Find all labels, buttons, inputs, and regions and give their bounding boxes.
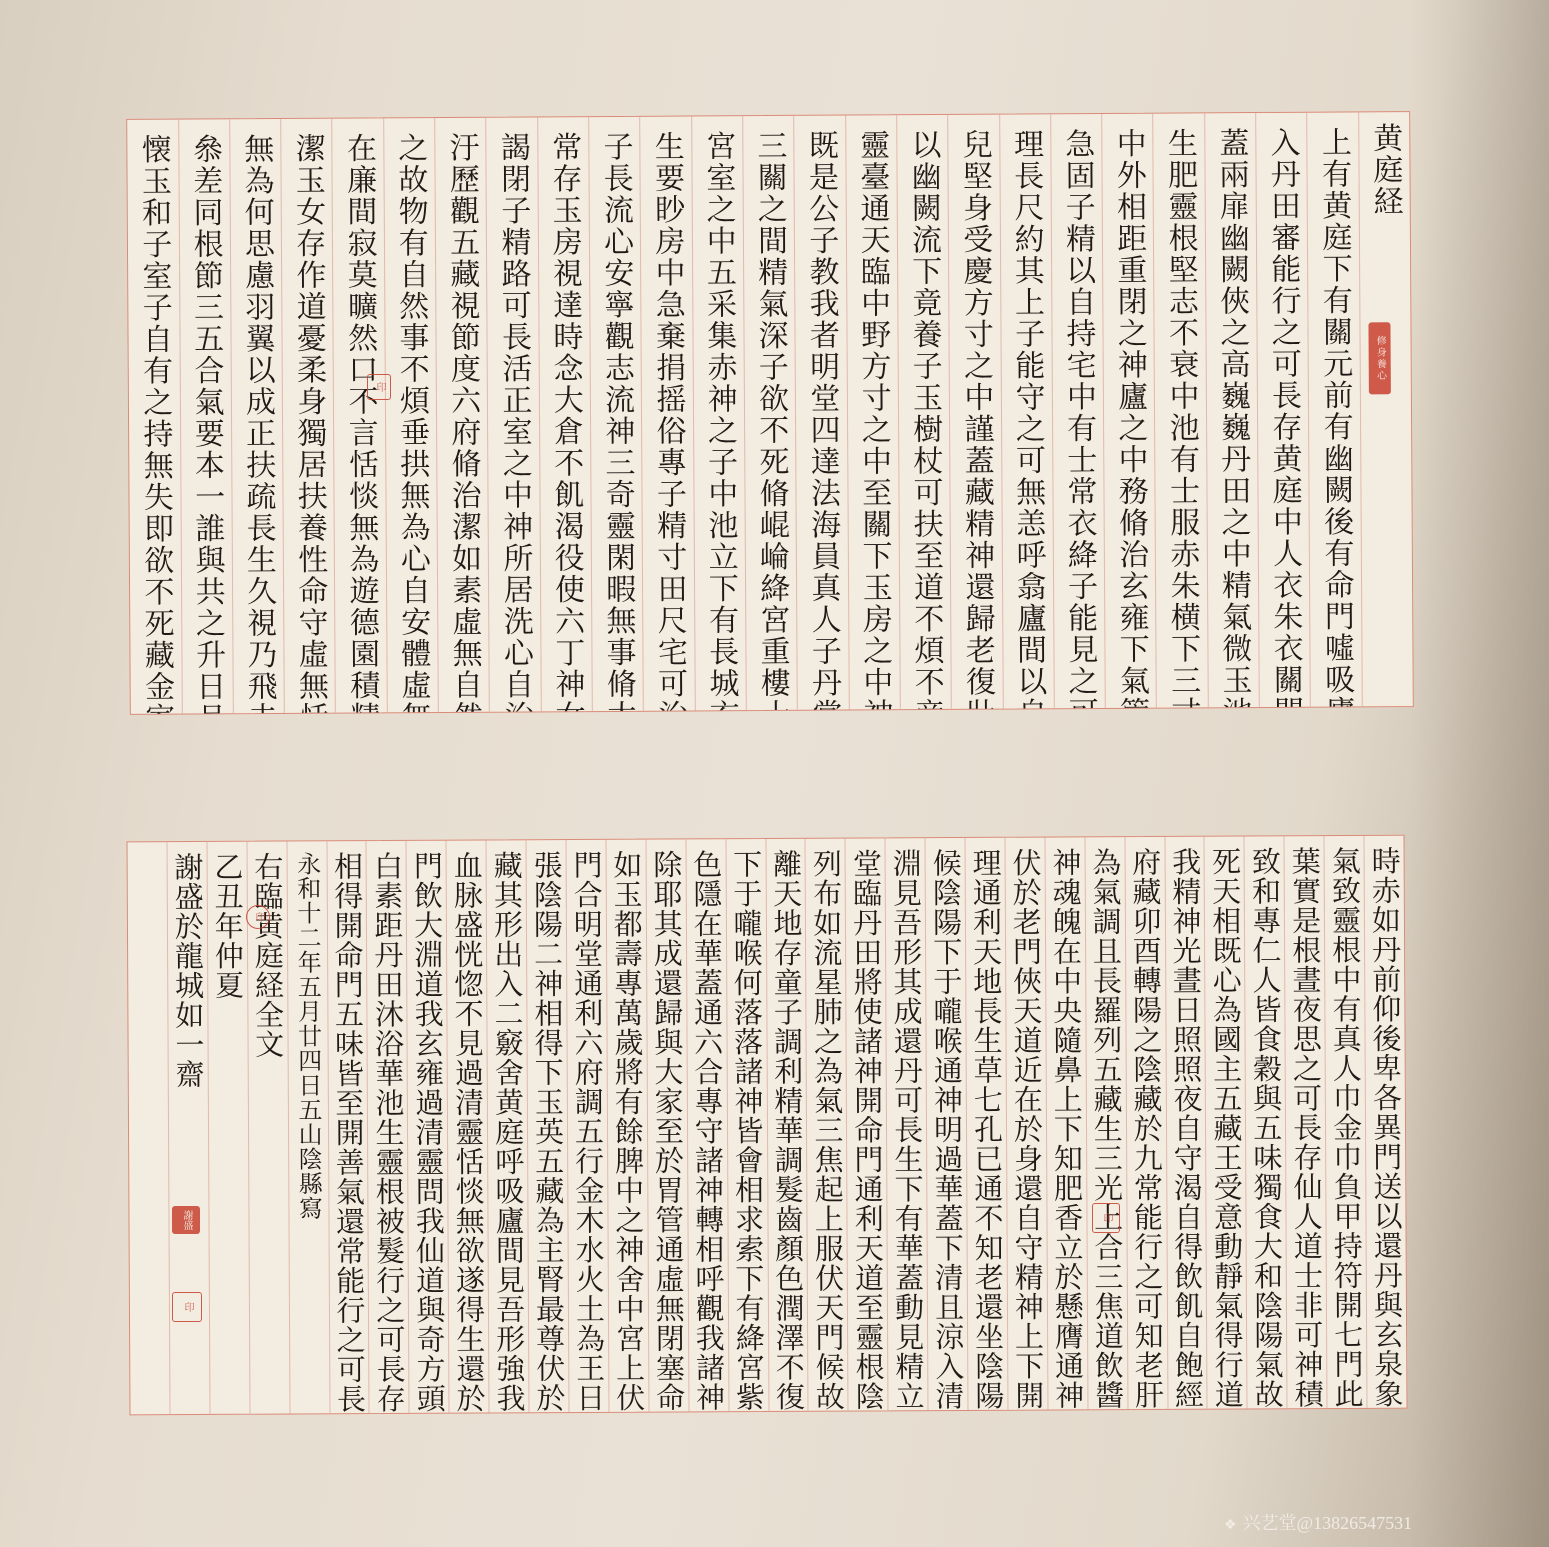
bottom-middle-seal-icon: 印 <box>1092 1203 1120 1233</box>
text-column: 中外相距重閉之神廬之中務脩治玄雍下氣管受精符 <box>1101 114 1156 708</box>
text-column: 門飲大淵道我玄雍過清靈問我仙道與奇方頭載 <box>406 841 449 1413</box>
text-column: 離天地存童子調利精華調髮齒顏色潤澤不復白 <box>765 839 808 1411</box>
text-column: 死天相既心為國主五藏王受意動靜氣得行道自守 <box>1204 836 1247 1408</box>
text-column: 血脉盛恍惚不見過清靈恬惔無欲遂得生還於七 <box>446 840 489 1412</box>
top-calligraphy-panel: 黄庭経 修身養心 上有黄庭下有關元前有幽闕後有命門噓吸廬外出 入丹田審能行之可長… <box>126 111 1414 715</box>
text-column: 生要眇房中急棄捐摇俗專子精寸田尺宅可治生繫 <box>640 116 695 710</box>
text-column: 如玉都壽專萬歲將有餘脾中之神舍中宮上伏命 <box>605 840 648 1412</box>
watermark-text: 兴艺堂@13826547531 <box>1243 1513 1413 1533</box>
brand-logo-icon: ❖ <box>1224 1517 1237 1534</box>
text-column: 宮室之中五采集赤神之子中池立下有長城玄谷邑長 <box>691 116 746 710</box>
text-column: 相得開命門五味皆至開善氣還常能行之可長生 <box>326 841 369 1413</box>
text-column: 叅差同根節三五合氣要本一誰與共之升日月抱珠 <box>178 119 233 713</box>
text-column: 張陰陽二神相得下玉英五藏為主腎最尊伏於大陰 <box>526 840 569 1412</box>
text-column: 汙歷觀五藏視節度六府脩治潔如素虛無自然道 <box>434 118 489 712</box>
text-column: 理長尺約其上子能守之可無恙呼翕廬間以自償保守 <box>999 114 1054 708</box>
text-column: 氣致靈根中有真人巾金巾負甲持符開七門此非枝 <box>1324 836 1367 1408</box>
colophon-signature-column: 謝盛於龍城如一齋 <box>166 842 209 1414</box>
signature-seal-icon: 謝盛 <box>172 1206 200 1234</box>
bottom-calligraphy-panel: 時赤如丹前仰後卑各異門送以還丹與玄泉象龜 氣致靈根中有真人巾金巾負甲持符開七門此… <box>127 835 1408 1416</box>
text-column: 潔玉女存作道憂柔身獨居扶養性命守虛無恬惔 <box>280 119 335 713</box>
photo-vignette <box>1409 0 1549 1547</box>
panel-title-column: 黄庭経 修身養心 <box>1358 112 1413 706</box>
signature-second-seal-icon: 印 <box>172 1292 202 1322</box>
text-column: 神魂魄在中央隨鼻上下知肥香立於懸膺通神明 <box>1044 837 1087 1409</box>
text-column: 蓋兩扉幽闕俠之高巍巍丹田之中精氣微玉池清水上 <box>1204 113 1259 707</box>
text-column: 藏其形出入二竅舍黄庭呼吸廬間見吾形強我筋骨 <box>486 840 529 1412</box>
text-column: 色隱在華蓋通六合專守諸神轉相呼觀我諸神辟 <box>685 839 728 1411</box>
text-column: 白素距丹田沐浴華池生靈根被髮行之可長存三府 <box>366 841 409 1413</box>
watermark: ❖兴艺堂@13826547531 <box>1224 1509 1412 1535</box>
text-column: 淵見吾形其成還丹可長生下有華蓋動見精立於明 <box>885 838 928 1410</box>
text-column: 下于嚨喉何落落諸神皆會相求索下有絳宮紫華 <box>725 839 768 1411</box>
text-column: 列布如流星肺之為氣三焦起上服伏天門候故道闢 <box>805 839 848 1411</box>
signature-text: 謝盛於龍城如一齋 <box>172 852 202 1089</box>
text-column: 兒堅身受慶方寸之中謹蓋藏精神還歸老復壯俠 <box>947 115 1002 709</box>
text-column: 之故物有自然事不煩垂拱無為心自安體虛無之居 <box>383 118 438 712</box>
text-column: 生肥靈根堅志不衰中池有士服赤朱横下三寸神所居 <box>1153 113 1208 707</box>
text-column: 除耶其成還歸與大家至於胃管通虛無閉塞命門 <box>645 839 688 1411</box>
text-column: 三關之間精氣深子欲不死脩崐崘絳宮重樓十二級 <box>742 116 797 710</box>
text-column: 懐玉和子室子自有之持無失即欲不死藏金室出月 <box>127 120 181 714</box>
text-column: 謁閉子精路可長活正室之中神所居洗心自治無敔 <box>486 117 541 711</box>
text-column: 上有黄庭下有關元前有幽闕後有命門噓吸廬外出 <box>1307 112 1362 706</box>
text-column: 為氣調且長羅列五藏生三光上合三焦道飲醬漿我 <box>1084 837 1127 1409</box>
colophon-year-column: 乙丑年仲夏 <box>206 842 249 1414</box>
text-column: 葉實是根晝夜思之可長存仙人道士非可神積精所 <box>1284 836 1327 1408</box>
panel-title: 黄庭経 <box>1369 122 1400 217</box>
text-column: 急固子精以自持宅中有士常衣絳子能見之可不病横 <box>1050 114 1105 708</box>
blank-column <box>128 842 170 1414</box>
text-column: 府藏卯酉轉陽之陰藏於九常能行之可知老肝之 <box>1124 837 1167 1409</box>
text-column: 候陰陽下于嚨喉通神明過華蓋下清且涼入清泠 <box>925 838 968 1410</box>
colophon-date-column: 永和十二年五月廿四日五山陰縣寫 <box>286 841 329 1413</box>
text-column: 在廉間寂莫曠然口不言恬惔無為遊德園積精香 <box>332 118 387 712</box>
text-column: 入丹田審能行之可長存黄庭中人衣朱衣關門壯籥 <box>1255 113 1310 707</box>
top-middle-seal-icon: 印 <box>367 374 391 400</box>
text-column: 門合明堂通利六府調五行金木水火土為王日月列宿 <box>565 840 608 1412</box>
text-column: 時赤如丹前仰後卑各異門送以還丹與玄泉象龜 <box>1364 836 1407 1408</box>
text-column: 常存玉房視達時念大倉不飢渴役使六丁神女 <box>537 117 592 711</box>
text-column: 既是公子教我者明堂四達法海員真人子丹當我前 <box>793 116 848 710</box>
text-column: 我精神光晝日照照夜自守渴自得飲飢自飽經歷六 <box>1164 837 1207 1409</box>
leading-seal-icon: 修身養心 <box>1368 322 1390 394</box>
text-column: 子長流心安寧觀志流神三奇靈閑暇無事脩太平 <box>588 117 643 711</box>
text-column: 堂臨丹田將使諸神開命門通利天道至靈根陰陽 <box>845 838 888 1410</box>
text-column: 靈臺通天臨中野方寸之中至關下玉房之中神門戶 <box>845 115 900 709</box>
text-column: 無為何思慮羽翼以成正扶疏長生久視乃飛去五行 <box>229 119 284 713</box>
text-column: 以幽闕流下竟養子玉樹杖可扶至道不煩不旁迕 <box>896 115 951 709</box>
text-column: 致和專仁人皆食穀與五味獨食大和陰陽氣故能不 <box>1244 836 1287 1408</box>
colophon-round-seal-icon: 印 <box>246 905 270 929</box>
text-column: 伏於老門俠天道近在於身還自守精神上下開分 <box>1004 838 1047 1410</box>
text-column: 理通利天地長生草七孔已通不知老還坐陰陽天門 <box>965 838 1008 1410</box>
